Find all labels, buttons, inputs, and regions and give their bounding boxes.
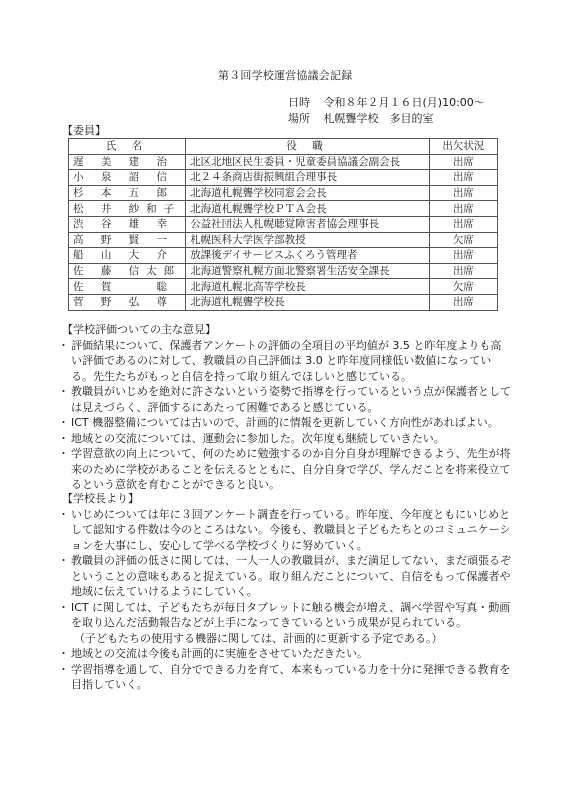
member-role: 北海道札幌聾学校同窓会会長 (186, 185, 429, 201)
meeting-date: 日時 令和８年２月１６日(月)10:00～ (288, 95, 485, 111)
member-name: 松 井 紗和子 (69, 201, 186, 217)
member-role: 北区北地区民生委員・児童委員協議会副会長 (186, 154, 429, 170)
list-item: 教職員の評価の低さに関しては、一人一人の教職員が、まだ満足してない、まだ頑張るぞ… (62, 553, 512, 600)
principal-section-label: 【学校長より】 (62, 491, 512, 507)
list-item: 地域との交流は今後も計画的に実施をさせていただきたい。 (62, 646, 512, 662)
member-name: 菅 野 弘 尊 (69, 294, 186, 310)
header-attendance: 出欠状況 (429, 139, 497, 155)
member-attendance: 出席 (429, 170, 497, 186)
evaluation-list: 評価結果について、保護者アンケートの評価の全項目の平均値が 3.5 と昨年度より… (62, 338, 512, 493)
member-role: 北海道札幌聾学校長 (186, 294, 429, 310)
member-name: 渋 谷 雄 幸 (69, 216, 186, 232)
member-role: 北２４条商店街振興組合理事長 (186, 170, 429, 186)
member-name: 遅 美 建 治 (69, 154, 186, 170)
member-role: 北海道警察札幌方面北警察署生活安全課長 (186, 263, 429, 279)
evaluation-section-label: 【学校評価ついての主な意見】 (62, 322, 512, 338)
table-header-row: 氏 名 役 職 出欠状況 (69, 139, 498, 155)
member-name: 杉 本 五 郎 (69, 185, 186, 201)
table-row: 佐 賀 聡北海道札幌北高等学校長欠席 (69, 279, 498, 295)
member-name: 小 泉 詔 信 (69, 170, 186, 186)
member-attendance: 出席 (429, 294, 497, 310)
list-item: ICT に関しては、子どもたちが毎日タブレットに触る機会が増え、調べ学習や写真・… (62, 600, 512, 631)
list-item: 地域との交流については、運動会に参加した。次年度も継続していきたい。 (62, 431, 512, 447)
principal-section: 【学校長より】 いじめについては年に３回アンケート調査を行っている。昨年度、今年… (62, 491, 512, 693)
header-name: 氏 名 (69, 139, 186, 155)
member-name: 高 野 賢 一 (69, 232, 186, 248)
member-attendance: 出席 (429, 185, 497, 201)
members-section-label: 【委員】 (62, 122, 106, 138)
date-value: 令和８年２月１６日(月)10:00～ (324, 96, 485, 109)
table-row: 小 泉 詔 信北２４条商店街振興組合理事長出席 (69, 170, 498, 186)
member-attendance: 欠席 (429, 279, 497, 295)
member-attendance: 欠席 (429, 232, 497, 248)
principal-list-continued: 地域との交流は今後も計画的に実施をさせていただきたい。 学習指導を通して、自分で… (62, 646, 512, 693)
table-row: 佐 藤 信太郎北海道警察札幌方面北警察署生活安全課長出席 (69, 263, 498, 279)
list-item: ICT 機器整備については古いので、計画的に情報を更新していく方向性があればよい… (62, 415, 512, 431)
list-item: 学習意欲の向上について、何のために勉強するのか自分自身が理解できるよう、先生が将… (62, 446, 512, 493)
table-row: 船 山 大 介放課後デイサービスふくろう管理者出席 (69, 248, 498, 264)
table-row: 杉 本 五 郎北海道札幌聾学校同窓会会長出席 (69, 185, 498, 201)
table-row: 遅 美 建 治北区北地区民生委員・児童委員協議会副会長出席 (69, 154, 498, 170)
member-attendance: 出席 (429, 263, 497, 279)
list-item: 評価結果について、保護者アンケートの評価の全項目の平均値が 3.5 と昨年度より… (62, 338, 512, 385)
table-row: 菅 野 弘 尊北海道札幌聾学校長出席 (69, 294, 498, 310)
member-role: 札幌医科大学医学部教授 (186, 232, 429, 248)
table-row: 渋 谷 雄 幸公益社団法人札幌聴覚障害者協会理事長出席 (69, 216, 498, 232)
member-role: 放課後デイサービスふくろう管理者 (186, 248, 429, 264)
member-role: 公益社団法人札幌聴覚障害者協会理事長 (186, 216, 429, 232)
meeting-meta: 日時 令和８年２月１６日(月)10:00～ 場所 札幌聾学校 多目的室 (288, 95, 485, 127)
principal-note: （子どもたちの使用する機器に関しては、計画的に更新する予定である。） (62, 631, 512, 647)
principal-list: いじめについては年に３回アンケート調査を行っている。昨年度、今年度ともにいじめと… (62, 507, 512, 631)
member-attendance: 出席 (429, 216, 497, 232)
date-label: 日時 (288, 95, 320, 111)
member-attendance: 出席 (429, 154, 497, 170)
meeting-place: 場所 札幌聾学校 多目的室 (288, 111, 485, 127)
table-row: 高 野 賢 一札幌医科大学医学部教授欠席 (69, 232, 498, 248)
table-row: 松 井 紗和子北海道札幌聾学校ＰＴＡ会長出席 (69, 201, 498, 217)
member-role: 北海道札幌聾学校ＰＴＡ会長 (186, 201, 429, 217)
member-attendance: 出席 (429, 248, 497, 264)
member-name: 佐 藤 信太郎 (69, 263, 186, 279)
evaluation-section: 【学校評価ついての主な意見】 評価結果について、保護者アンケートの評価の全項目の… (62, 322, 512, 493)
member-attendance: 出席 (429, 201, 497, 217)
member-role: 北海道札幌北高等学校長 (186, 279, 429, 295)
list-item: 教職員がいじめを絶対に許さないという姿勢で指導を行っているという点が保護者として… (62, 384, 512, 415)
members-table: 氏 名 役 職 出欠状況 遅 美 建 治北区北地区民生委員・児童委員協議会副会長… (68, 138, 498, 311)
list-item: いじめについては年に３回アンケート調査を行っている。昨年度、今年度ともにいじめと… (62, 507, 512, 554)
list-item: 学習指導を通して、自分でできる力を育て、本来もっている力を十分に発揮できる教育を… (62, 662, 512, 693)
member-name: 佐 賀 聡 (69, 279, 186, 295)
member-name: 船 山 大 介 (69, 248, 186, 264)
document-title: 第３回学校運営協議会記録 (218, 67, 352, 83)
place-label: 場所 (288, 111, 320, 127)
place-value: 札幌聾学校 多目的室 (324, 112, 434, 125)
header-role: 役 職 (186, 139, 429, 155)
